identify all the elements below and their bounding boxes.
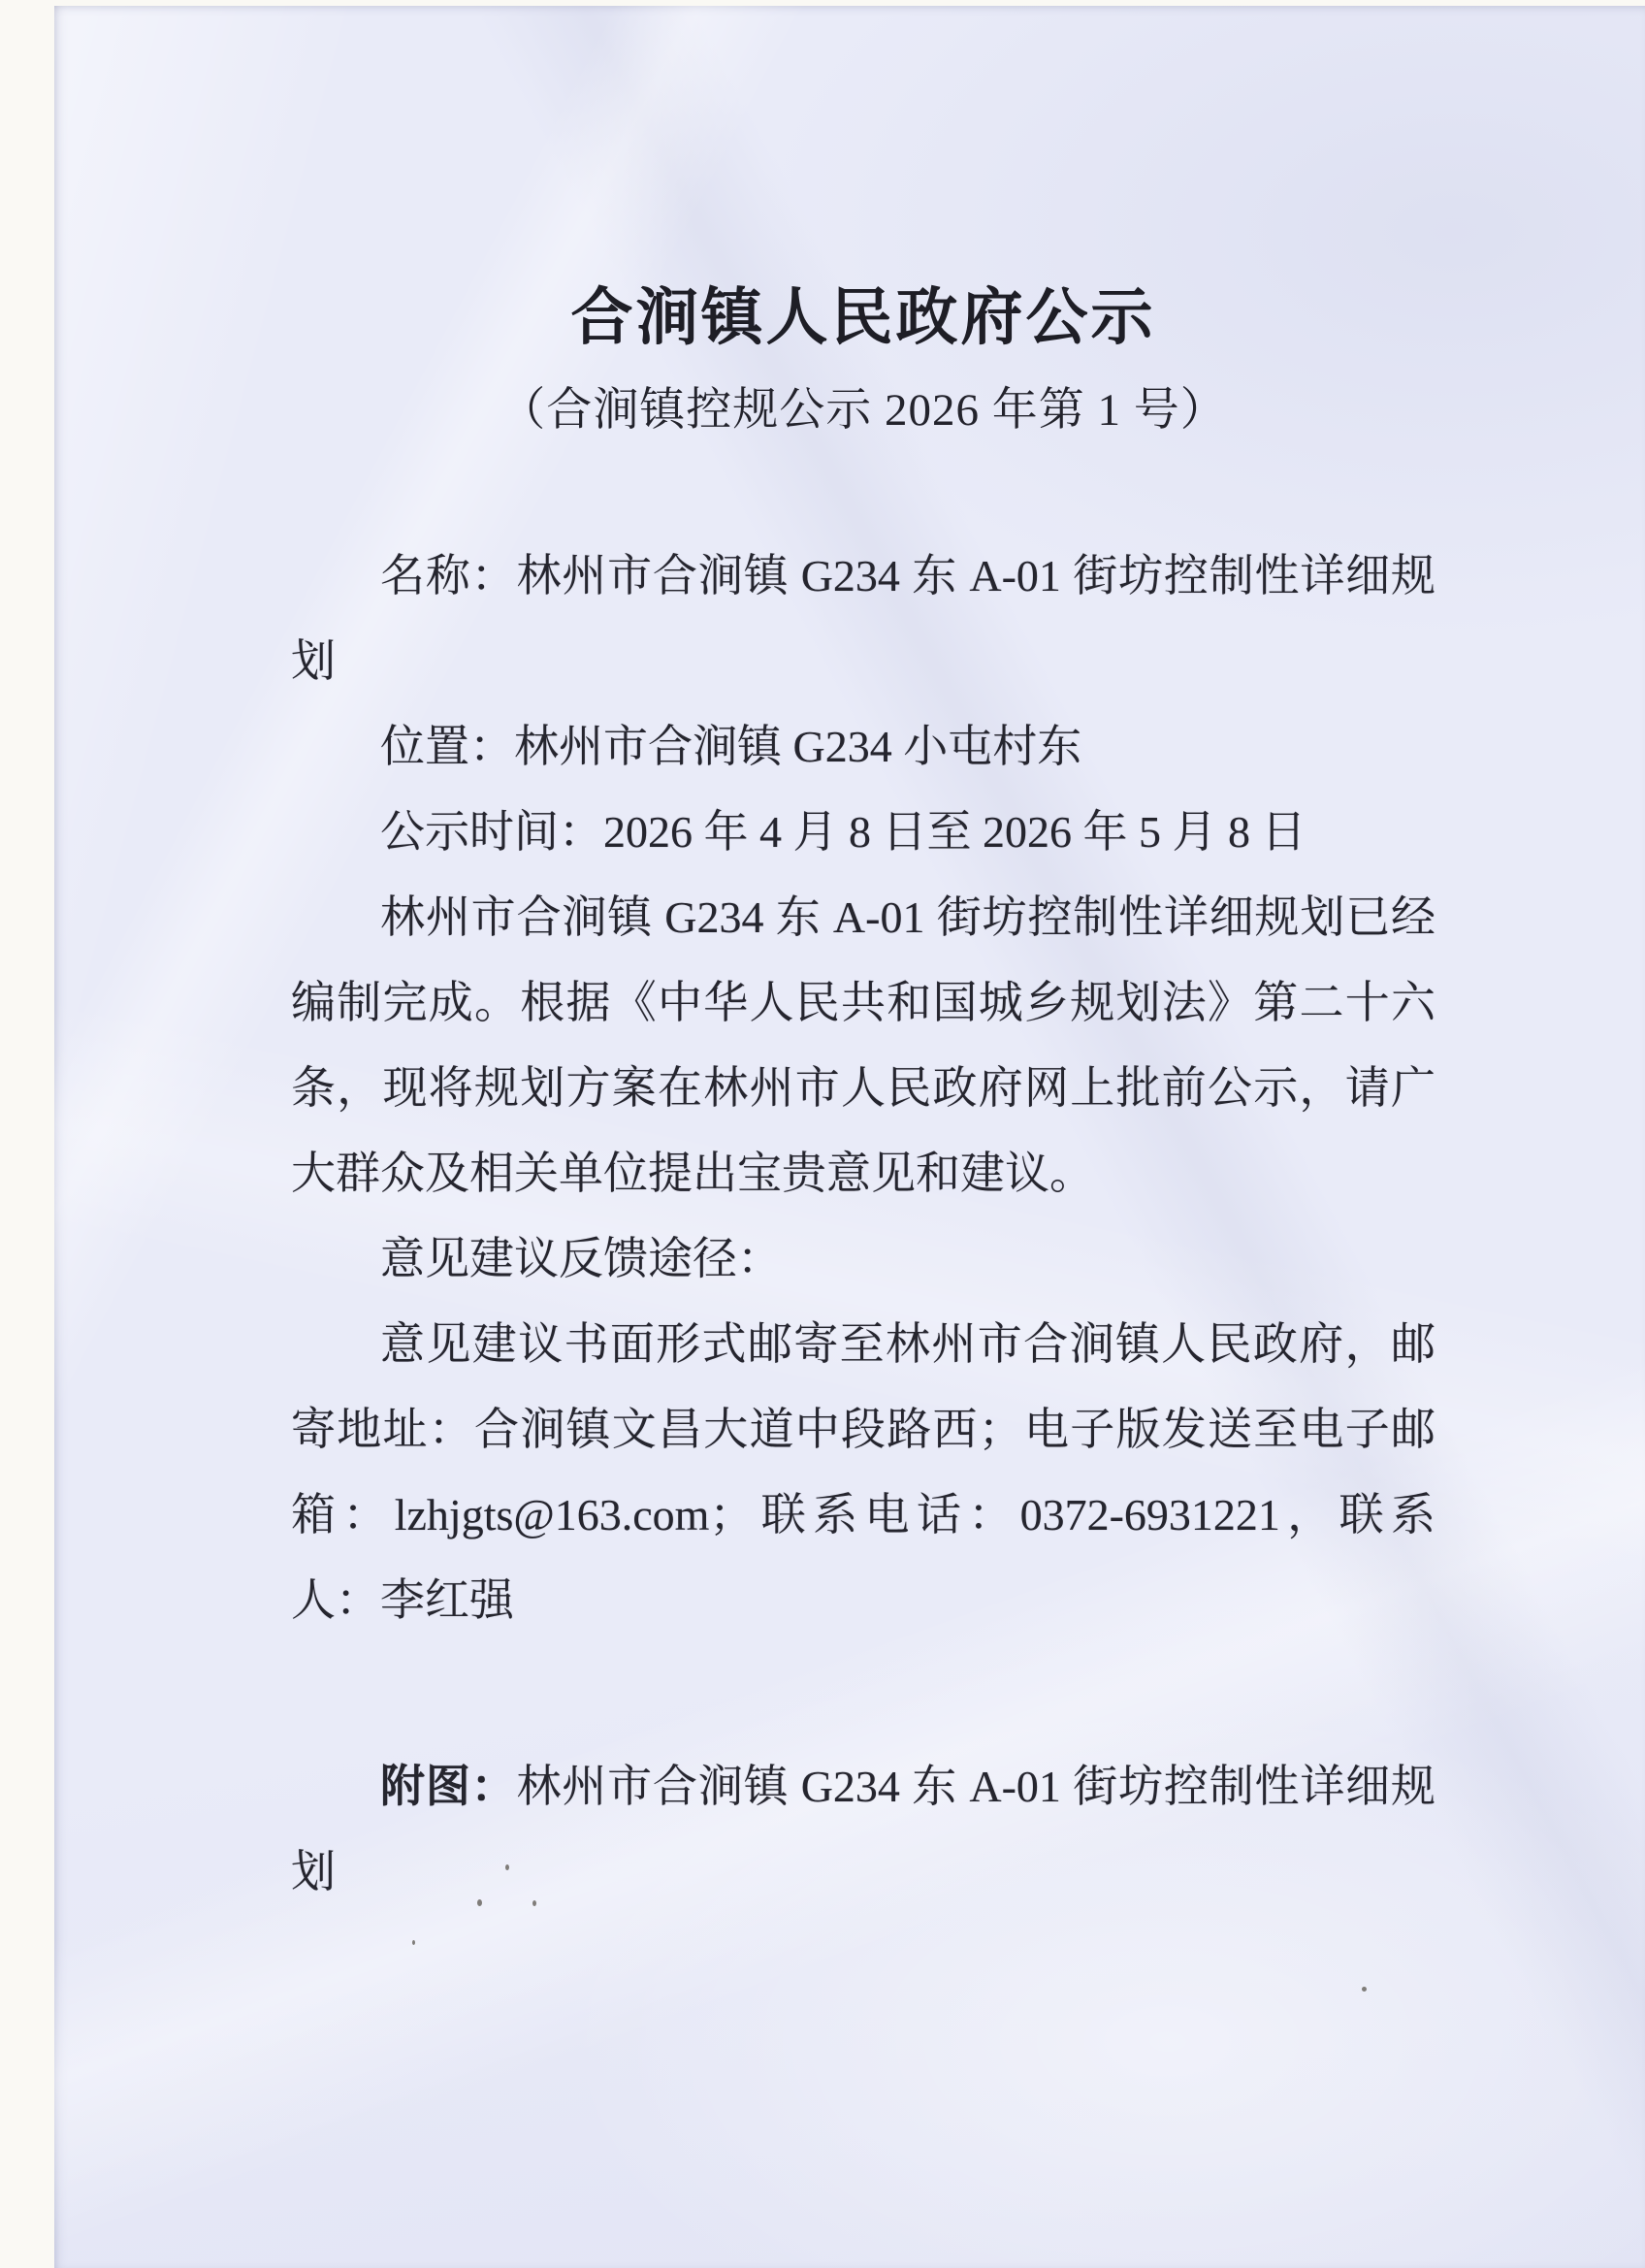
scanned-page: 合涧镇人民政府公示 （合涧镇控规公示 2026 年第 1 号） 名称：林州市合涧… [0,0,1645,2268]
page-title: 合涧镇人民政府公示 [291,279,1435,355]
plan-location-line: 位置：林州市合涧镇 G234 小屯村东 [291,704,1435,790]
attachment-line: 附图：林州市合涧镇 G234 东 A-01 街坊控制性详细规划 [291,1744,1435,1915]
notice-body: 名称：林州市合涧镇 G234 东 A-01 街坊控制性详细规划 位置：林州市合涧… [291,534,1435,1915]
notice-number: （合涧镇控规公示 2026 年第 1 号） [291,380,1435,440]
scan-speck [1362,1987,1367,1992]
publicity-period-line: 公示时间：2026 年 4 月 8 日至 2026 年 5 月 8 日 [291,790,1435,875]
body-paragraph: 林州市合涧镇 G234 东 A-01 街坊控制性详细规划已经编制完成。根据《中华… [291,875,1435,1216]
feedback-heading: 意见建议反馈途径： [291,1216,1435,1302]
feedback-paragraph: 意见建议书面形式邮寄至林州市合涧镇人民政府，邮寄地址：合涧镇文昌大道中段路西；电… [291,1302,1435,1643]
plan-name-line: 名称：林州市合涧镇 G234 东 A-01 街坊控制性详细规划 [291,534,1435,704]
scan-speck [412,1940,415,1945]
attachment-label: 附图： [380,1762,516,1811]
notice-paper: 合涧镇人民政府公示 （合涧镇控规公示 2026 年第 1 号） 名称：林州市合涧… [54,6,1645,2268]
notice-content: 合涧镇人民政府公示 （合涧镇控规公示 2026 年第 1 号） 名称：林州市合涧… [54,6,1645,1915]
